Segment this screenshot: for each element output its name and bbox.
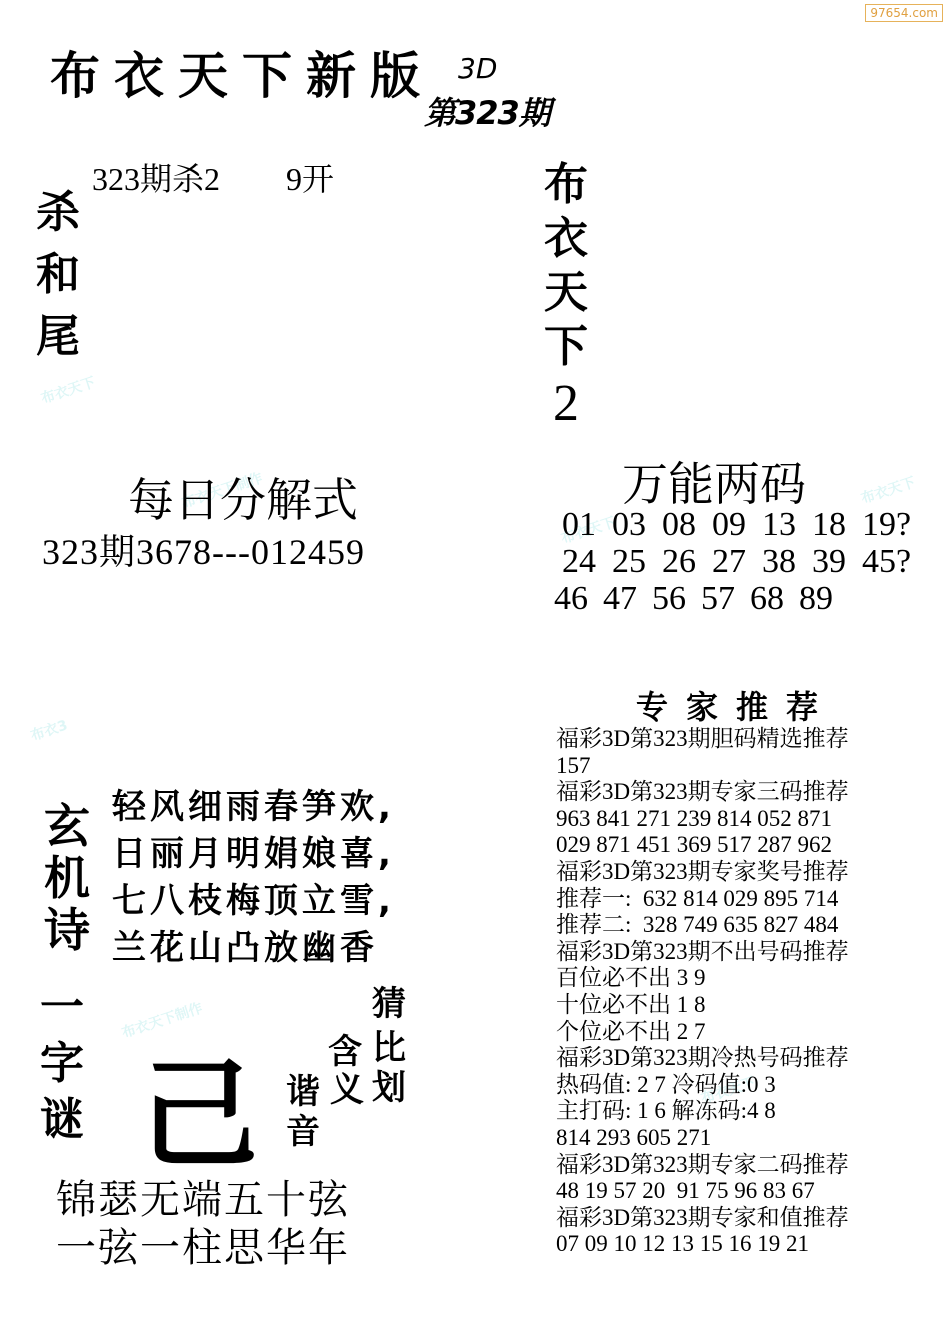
expert-line: 福彩3D第323期冷热号码推荐 (556, 1045, 849, 1072)
expert-line: 主打码: 1 6 解冻码:4 8 (556, 1098, 849, 1125)
riddle-label: 一 字 谜 (40, 980, 84, 1148)
code: 25 (612, 543, 662, 580)
kill-item: 323期杀2 (92, 161, 220, 197)
expert-line: 热码值: 2 7 冷码值:0 3 (556, 1072, 849, 1099)
expert-line: 福彩3D第323期专家三码推荐 (556, 779, 849, 806)
label-char: 杀 (36, 182, 80, 244)
code: 01 (562, 506, 612, 543)
poem-line: 轻风细雨春笋欢, (112, 784, 395, 831)
wanneng-row: 01 03 08 09 13 18 19? (562, 506, 912, 543)
expert-line: 029 871 451 369 517 287 962 (556, 832, 849, 859)
expert-line: 157 (556, 753, 849, 780)
label-char: 尾 (36, 306, 80, 368)
wanneng-title: 万能两码 (622, 448, 806, 514)
expert-line: 推荐二: 328 749 635 827 484 (556, 912, 849, 939)
expert-line: 福彩3D第323期不出号码推荐 (556, 939, 849, 966)
code: 19? (862, 506, 912, 543)
expert-line: 十位必不出 1 8 (556, 992, 849, 1019)
poem-line: 日丽月明娟娘喜, (112, 831, 395, 878)
label-char: 诗 (44, 904, 90, 956)
expert-line: 963 841 271 239 814 052 871 (556, 806, 849, 833)
site-badge: 97654.com (865, 4, 943, 22)
poem-line: 兰花山凸放幽香 (112, 925, 395, 972)
expert-line: 48 19 57 20 91 75 96 83 67 (556, 1178, 849, 1205)
code: 27 (712, 543, 762, 580)
bottom-poem: 锦瑟无端五十弦 一弦一柱思华年 (56, 1176, 350, 1272)
expert-title: 专家推荐 (636, 682, 836, 728)
riddle-hint: 义 (330, 1062, 364, 1111)
code: 39 (812, 543, 862, 580)
expert-list: 福彩3D第323期胆码精选推荐 157 福彩3D第323期专家三码推荐 963 … (556, 726, 849, 1258)
watermark: 布衣天下 (38, 372, 97, 408)
riddle-hint: 音 (286, 1104, 320, 1153)
daily-title: 每日分解式 (128, 464, 358, 530)
kill-line: 323期杀2 9开 (92, 154, 392, 200)
riddle-hint: 猜 (372, 976, 406, 1025)
expert-line: 百位必不出 3 9 (556, 965, 849, 992)
code: 09 (712, 506, 762, 543)
page-title: 布衣天下新版 (50, 36, 434, 108)
daily-line: 323期3678---012459 (42, 524, 365, 575)
expert-line: 福彩3D第323期专家奖号推荐 (556, 859, 849, 886)
game-label: 3D (458, 52, 497, 85)
code: 18 (812, 506, 862, 543)
code: 46 (554, 580, 603, 617)
expert-line: 个位必不出 2 7 (556, 1019, 849, 1046)
right-banner: 布 衣 天 下 2 (544, 158, 588, 434)
poem-label: 玄 机 诗 (44, 800, 90, 956)
kill-vertical-label: 杀 和 尾 (36, 182, 80, 368)
wanneng-row: 46 47 56 57 68 89 (554, 580, 912, 617)
code: 89 (799, 580, 848, 617)
banner-char: 天 (544, 266, 588, 320)
code: 03 (612, 506, 662, 543)
label-char: 机 (44, 852, 90, 904)
label-char: 一 (40, 980, 84, 1036)
code: 38 (762, 543, 812, 580)
expert-line: 推荐一: 632 814 029 895 714 (556, 886, 849, 913)
label-char: 玄 (44, 800, 90, 852)
expert-line: 福彩3D第323期专家二码推荐 (556, 1152, 849, 1179)
bottom-poem-line: 一弦一柱思华年 (56, 1224, 350, 1272)
bottom-poem-line: 锦瑟无端五十弦 (56, 1176, 350, 1224)
code: 47 (603, 580, 652, 617)
expert-line: 福彩3D第323期胆码精选推荐 (556, 726, 849, 753)
code: 57 (701, 580, 750, 617)
poem-lines: 轻风细雨春笋欢, 日丽月明娟娘喜, 七八枝梅顶立雪, 兰花山凸放幽香 (112, 784, 395, 972)
code: 24 (562, 543, 612, 580)
banner-number: 2 (553, 374, 579, 434)
code: 45? (862, 543, 912, 580)
expert-line: 07 09 10 12 13 15 16 19 21 (556, 1231, 849, 1258)
poem-line: 七八枝梅顶立雪, (112, 878, 395, 925)
code: 13 (762, 506, 812, 543)
watermark: 布衣3 (28, 715, 70, 746)
expert-line: 814 293 605 271 (556, 1125, 849, 1152)
watermark: 布衣天下 (858, 472, 917, 508)
label-char: 和 (36, 244, 80, 306)
code: 68 (750, 580, 799, 617)
riddle-hint: 划 (372, 1060, 406, 1109)
banner-char: 衣 (544, 212, 588, 266)
wanneng-grid: 01 03 08 09 13 18 19? 24 25 26 27 38 39 … (562, 506, 912, 617)
code: 08 (662, 506, 712, 543)
code: 26 (662, 543, 712, 580)
banner-char: 下 (544, 320, 588, 374)
label-char: 字 (40, 1036, 84, 1092)
issue-label: 第323期 (424, 88, 550, 134)
kill-item: 9开 (286, 161, 334, 197)
expert-line: 福彩3D第323期专家和值推荐 (556, 1205, 849, 1232)
riddle-character: 己 (140, 1020, 258, 1190)
wanneng-row: 24 25 26 27 38 39 45? (562, 543, 912, 580)
label-char: 谜 (40, 1092, 84, 1148)
code: 56 (652, 580, 701, 617)
banner-char: 布 (544, 158, 588, 212)
